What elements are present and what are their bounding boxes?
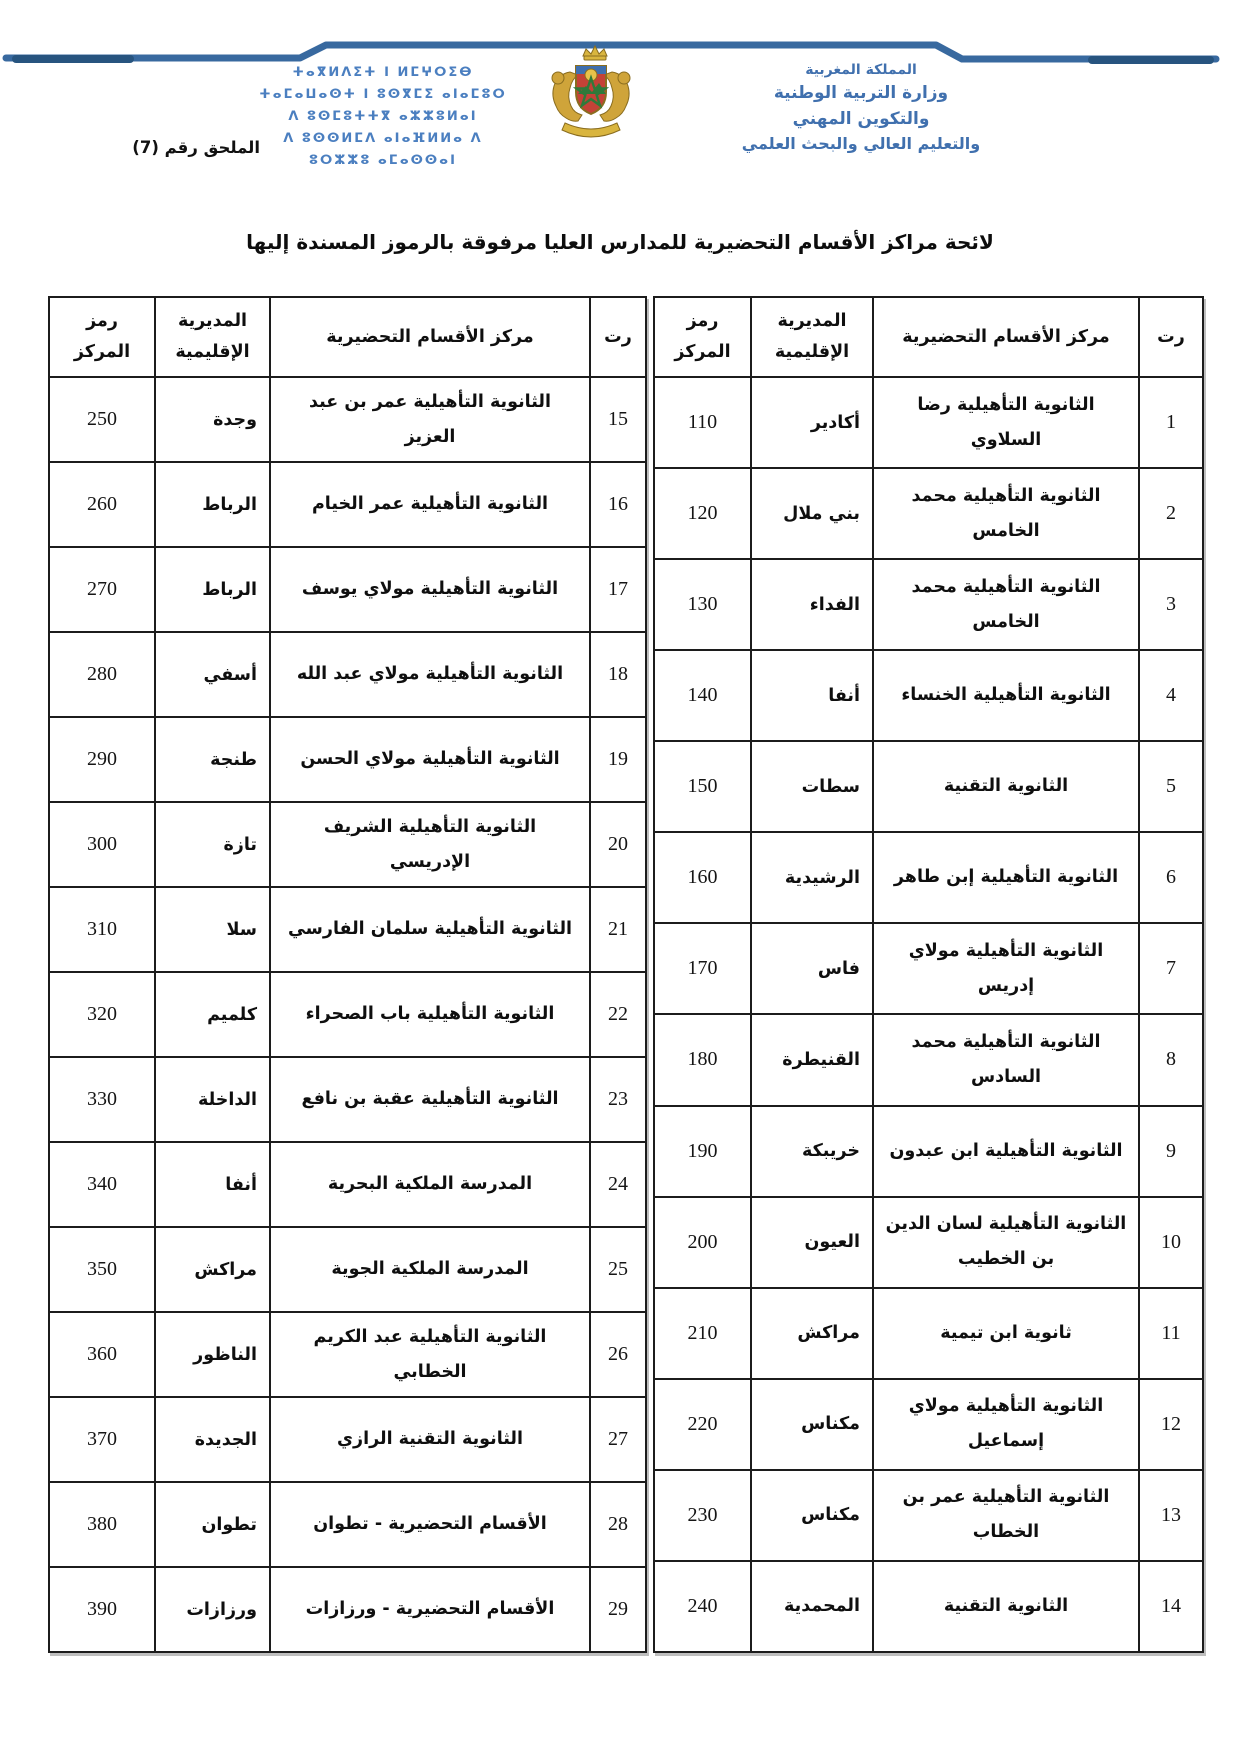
directorate-cell: سطات xyxy=(751,741,873,832)
directorate-cell: العيون xyxy=(751,1197,873,1288)
rank-cell: 14 xyxy=(1139,1561,1203,1652)
center-cell: الثانوية التأهيلية مولاي إسماعيل xyxy=(873,1379,1139,1470)
ministry-name-arabic: المملكة المغربية وزارة التربية الوطنية و… xyxy=(696,60,1026,156)
table-row: 11ثانوية ابن تيميةمراكش210 xyxy=(654,1288,1203,1379)
col-header-rank: رت xyxy=(590,297,646,377)
code-cell: 300 xyxy=(49,802,155,887)
col-header-center: مركز الأقسام التحضيرية xyxy=(873,297,1139,377)
rank-cell: 7 xyxy=(1139,923,1203,1014)
code-cell: 170 xyxy=(654,923,751,1014)
directorate-cell: الرباط xyxy=(155,462,270,547)
rank-cell: 1 xyxy=(1139,377,1203,468)
tifinagh-line: ⴷ ⵓⵙⵎⵓⵜⵜⴳ ⴰⵣⵣⵓⵍⴰⵏ xyxy=(258,106,508,128)
rank-cell: 5 xyxy=(1139,741,1203,832)
table-row: 3الثانوية التأهيلية محمد الخامسالفداء130 xyxy=(654,559,1203,650)
code-cell: 190 xyxy=(654,1106,751,1197)
directorate-cell: مراكش xyxy=(155,1227,270,1312)
rank-cell: 28 xyxy=(590,1482,646,1567)
rank-cell: 11 xyxy=(1139,1288,1203,1379)
center-cell: الأقسام التحضيرية - تطوان xyxy=(270,1482,590,1567)
code-cell: 390 xyxy=(49,1567,155,1652)
center-cell: المدرسة الملكية الجوية xyxy=(270,1227,590,1312)
center-cell: الثانوية التأهيلية مولاي يوسف xyxy=(270,547,590,632)
table-row: 25المدرسة الملكية الجويةمراكش350 xyxy=(49,1227,646,1312)
directorate-cell: ورزازات xyxy=(155,1567,270,1652)
directorate-cell: تازة xyxy=(155,802,270,887)
table-row: 10الثانوية التأهيلية لسان الدين بن الخطي… xyxy=(654,1197,1203,1288)
rank-cell: 13 xyxy=(1139,1470,1203,1561)
rank-cell: 6 xyxy=(1139,832,1203,923)
code-cell: 160 xyxy=(654,832,751,923)
directorate-cell: المحمدية xyxy=(751,1561,873,1652)
table-row: 13الثانوية التأهيلية عمر بن الخطابمكناس2… xyxy=(654,1470,1203,1561)
rank-cell: 19 xyxy=(590,717,646,802)
center-cell: الثانوية التأهيلية محمد السادس xyxy=(873,1014,1139,1105)
page-title: لائحة مراكز الأقسام التحضيرية للمدارس ال… xyxy=(0,230,1240,254)
center-cell: الثانوية التأهيلية عبد الكريم الخطابي xyxy=(270,1312,590,1397)
code-cell: 210 xyxy=(654,1288,751,1379)
centers-table-left: رت مركز الأقسام التحضيرية المديرية الإقل… xyxy=(48,296,647,1653)
code-cell: 140 xyxy=(654,650,751,741)
code-cell: 350 xyxy=(49,1227,155,1312)
code-cell: 180 xyxy=(654,1014,751,1105)
rank-cell: 16 xyxy=(590,462,646,547)
directorate-cell: القنيطرة xyxy=(751,1014,873,1105)
directorate-cell: خريبكة xyxy=(751,1106,873,1197)
table-row: 23الثانوية التأهيلية عقبة بن نافعالداخلة… xyxy=(49,1057,646,1142)
center-cell: الثانوية التأهيلية مولاي الحسن xyxy=(270,717,590,802)
table-row: 15الثانوية التأهيلية عمر بن عبد العزيزوج… xyxy=(49,377,646,462)
rank-cell: 29 xyxy=(590,1567,646,1652)
rank-cell: 15 xyxy=(590,377,646,462)
directorate-cell: وجدة xyxy=(155,377,270,462)
rank-cell: 27 xyxy=(590,1397,646,1482)
center-cell: الثانوية التأهيلية ابن عبدون xyxy=(873,1106,1139,1197)
directorate-cell: كلميم xyxy=(155,972,270,1057)
table-row: 24المدرسة الملكية البحريةأنفا340 xyxy=(49,1142,646,1227)
center-cell: الثانوية التأهيلية عمر بن الخطاب xyxy=(873,1470,1139,1561)
table-row: 29الأقسام التحضيرية - ورزازاتورزازات390 xyxy=(49,1567,646,1652)
center-cell: الثانوية التأهيلية الخنساء xyxy=(873,650,1139,741)
code-cell: 370 xyxy=(49,1397,155,1482)
rank-cell: 12 xyxy=(1139,1379,1203,1470)
rank-cell: 26 xyxy=(590,1312,646,1397)
code-cell: 120 xyxy=(654,468,751,559)
directorate-cell: مراكش xyxy=(751,1288,873,1379)
ministry-name-tifinagh: ⵜⴰⴳⵍⴷⵉⵜ ⵏ ⵍⵎⵖⵔⵉⴱ ⵜⴰⵎⴰⵡⴰⵙⵜ ⵏ ⵓⵙⴳⵎⵉ ⴰⵏⴰⵎⵓⵔ… xyxy=(258,62,508,172)
table-row: 22الثانوية التأهيلية باب الصحراءكلميم320 xyxy=(49,972,646,1057)
center-cell: الثانوية التأهيلية محمد الخامس xyxy=(873,559,1139,650)
table-row: 21الثانوية التأهيلية سلمان الفارسيسلا310 xyxy=(49,887,646,972)
table-row: 27الثانوية التقنية الرازيالجديدة370 xyxy=(49,1397,646,1482)
code-cell: 290 xyxy=(49,717,155,802)
table-row: 5الثانوية التقنيةسطات150 xyxy=(654,741,1203,832)
table-row: 2الثانوية التأهيلية محمد الخامسبني ملال1… xyxy=(654,468,1203,559)
directorate-cell: أنفا xyxy=(155,1142,270,1227)
table-row: 9الثانوية التأهيلية ابن عبدونخريبكة190 xyxy=(654,1106,1203,1197)
centers-table-right: رت مركز الأقسام التحضيرية المديرية الإقل… xyxy=(653,296,1204,1653)
code-cell: 220 xyxy=(654,1379,751,1470)
directorate-cell: الجديدة xyxy=(155,1397,270,1482)
directorate-cell: الفداء xyxy=(751,559,873,650)
directorate-cell: سلا xyxy=(155,887,270,972)
rank-cell: 10 xyxy=(1139,1197,1203,1288)
center-cell: ثانوية ابن تيمية xyxy=(873,1288,1139,1379)
table-row: 6الثانوية التأهيلية إبن طاهرالرشيدية160 xyxy=(654,832,1203,923)
tifinagh-line: ⵜⴰⴳⵍⴷⵉⵜ ⵏ ⵍⵎⵖⵔⵉⴱ xyxy=(258,62,508,84)
rank-cell: 25 xyxy=(590,1227,646,1312)
directorate-cell: أنفا xyxy=(751,650,873,741)
rank-cell: 24 xyxy=(590,1142,646,1227)
center-cell: الأقسام التحضيرية - ورزازات xyxy=(270,1567,590,1652)
center-cell: الثانوية التأهيلية باب الصحراء xyxy=(270,972,590,1057)
table-row: 1الثانوية التأهيلية رضا السلاويأكادير110 xyxy=(654,377,1203,468)
table-row: 16الثانوية التأهيلية عمر الخيامالرباط260 xyxy=(49,462,646,547)
directorate-cell: الرباط xyxy=(155,547,270,632)
center-cell: الثانوية التأهيلية مولاي إدريس xyxy=(873,923,1139,1014)
col-header-directorate: المديرية الإقليمية xyxy=(751,297,873,377)
code-cell: 130 xyxy=(654,559,751,650)
header-row: رت مركز الأقسام التحضيرية المديرية الإقل… xyxy=(654,297,1203,377)
tifinagh-line: ⵜⴰⵎⴰⵡⴰⵙⵜ ⵏ ⵓⵙⴳⵎⵉ ⴰⵏⴰⵎⵓⵔ xyxy=(258,84,508,106)
ministry-line: المملكة المغربية xyxy=(696,60,1026,81)
directorate-cell: أكادير xyxy=(751,377,873,468)
directorate-cell: تطوان xyxy=(155,1482,270,1567)
code-cell: 310 xyxy=(49,887,155,972)
directorate-cell: أسفي xyxy=(155,632,270,717)
directorate-cell: مكناس xyxy=(751,1470,873,1561)
rank-cell: 21 xyxy=(590,887,646,972)
tables-container: رت مركز الأقسام التحضيرية المديرية الإقل… xyxy=(48,296,1204,1653)
code-cell: 110 xyxy=(654,377,751,468)
directorate-cell: الناظور xyxy=(155,1312,270,1397)
rank-cell: 3 xyxy=(1139,559,1203,650)
directorate-cell: الرشيدية xyxy=(751,832,873,923)
center-cell: الثانوية التقنية xyxy=(873,1561,1139,1652)
table-row: 20الثانوية التأهيلية الشريف الإدريسيتازة… xyxy=(49,802,646,887)
center-cell: الثانوية التأهيلية عقبة بن نافع xyxy=(270,1057,590,1142)
code-cell: 280 xyxy=(49,632,155,717)
col-header-rank: رت xyxy=(1139,297,1203,377)
code-cell: 360 xyxy=(49,1312,155,1397)
code-cell: 260 xyxy=(49,462,155,547)
ministry-line: وزارة التربية الوطنية xyxy=(696,81,1026,107)
center-cell: الثانوية التأهيلية إبن طاهر xyxy=(873,832,1139,923)
center-cell: الثانوية التأهيلية مولاي عبد الله xyxy=(270,632,590,717)
document-page: ⵜⴰⴳⵍⴷⵉⵜ ⵏ ⵍⵎⵖⵔⵉⴱ ⵜⴰⵎⴰⵡⴰⵙⵜ ⵏ ⵓⵙⴳⵎⵉ ⴰⵏⴰⵎⵓⵔ… xyxy=(0,0,1240,1753)
center-cell: المدرسة الملكية البحرية xyxy=(270,1142,590,1227)
directorate-cell: مكناس xyxy=(751,1379,873,1470)
code-cell: 230 xyxy=(654,1470,751,1561)
rank-cell: 17 xyxy=(590,547,646,632)
directorate-cell: الداخلة xyxy=(155,1057,270,1142)
table-row: 17الثانوية التأهيلية مولاي يوسفالرباط270 xyxy=(49,547,646,632)
table-row: 4الثانوية التأهيلية الخنساءأنفا140 xyxy=(654,650,1203,741)
center-cell: الثانوية التأهيلية عمر بن عبد العزيز xyxy=(270,377,590,462)
rank-cell: 22 xyxy=(590,972,646,1057)
directorate-cell: بني ملال xyxy=(751,468,873,559)
center-cell: الثانوية التأهيلية محمد الخامس xyxy=(873,468,1139,559)
col-header-code: رمز المركز xyxy=(654,297,751,377)
center-cell: الثانوية التأهيلية الشريف الإدريسي xyxy=(270,802,590,887)
ministry-line: والتكوين المهني xyxy=(696,107,1026,133)
code-cell: 340 xyxy=(49,1142,155,1227)
annex-number-label: الملحق رقم (7) xyxy=(110,138,260,157)
code-cell: 200 xyxy=(654,1197,751,1288)
table-row: 18الثانوية التأهيلية مولاي عبد اللهأسفي2… xyxy=(49,632,646,717)
tifinagh-line: ⴷ ⵓⵙⵙⵍⵎⴷ ⴰⵏⴰⴼⵍⵍⴰ ⴷ ⵓⵔⵣⵣⵓ ⴰⵎⴰⵙⵙⴰⵏ xyxy=(258,128,508,172)
code-cell: 240 xyxy=(654,1561,751,1652)
header-row: رت مركز الأقسام التحضيرية المديرية الإقل… xyxy=(49,297,646,377)
rank-cell: 23 xyxy=(590,1057,646,1142)
center-cell: الثانوية التأهيلية عمر الخيام xyxy=(270,462,590,547)
col-header-center: مركز الأقسام التحضيرية xyxy=(270,297,590,377)
col-header-code: رمز المركز xyxy=(49,297,155,377)
directorate-cell: فاس xyxy=(751,923,873,1014)
table-row: 8الثانوية التأهيلية محمد السادسالقنيطرة1… xyxy=(654,1014,1203,1105)
code-cell: 330 xyxy=(49,1057,155,1142)
table-row: 19الثانوية التأهيلية مولاي الحسنطنجة290 xyxy=(49,717,646,802)
center-cell: الثانوية التأهيلية سلمان الفارسي xyxy=(270,887,590,972)
table-row: 28الأقسام التحضيرية - تطوانتطوان380 xyxy=(49,1482,646,1567)
directorate-cell: طنجة xyxy=(155,717,270,802)
code-cell: 270 xyxy=(49,547,155,632)
center-cell: الثانوية التقنية الرازي xyxy=(270,1397,590,1482)
rank-cell: 4 xyxy=(1139,650,1203,741)
rank-cell: 18 xyxy=(590,632,646,717)
center-cell: الثانوية التقنية xyxy=(873,741,1139,832)
code-cell: 380 xyxy=(49,1482,155,1567)
code-cell: 150 xyxy=(654,741,751,832)
col-header-directorate: المديرية الإقليمية xyxy=(155,297,270,377)
table-row: 26الثانوية التأهيلية عبد الكريم الخطابيا… xyxy=(49,1312,646,1397)
code-cell: 250 xyxy=(49,377,155,462)
rank-cell: 8 xyxy=(1139,1014,1203,1105)
center-cell: الثانوية التأهيلية لسان الدين بن الخطيب xyxy=(873,1197,1139,1288)
table-row: 12الثانوية التأهيلية مولاي إسماعيلمكناس2… xyxy=(654,1379,1203,1470)
center-cell: الثانوية التأهيلية رضا السلاوي xyxy=(873,377,1139,468)
rank-cell: 9 xyxy=(1139,1106,1203,1197)
table-row: 14الثانوية التقنيةالمحمدية240 xyxy=(654,1561,1203,1652)
table-row: 7الثانوية التأهيلية مولاي إدريسفاس170 xyxy=(654,923,1203,1014)
rank-cell: 2 xyxy=(1139,468,1203,559)
morocco-coat-of-arms-icon xyxy=(540,42,642,144)
rank-cell: 20 xyxy=(590,802,646,887)
code-cell: 320 xyxy=(49,972,155,1057)
ministry-line: والتعليم العالي والبحث العلمي xyxy=(696,132,1026,156)
